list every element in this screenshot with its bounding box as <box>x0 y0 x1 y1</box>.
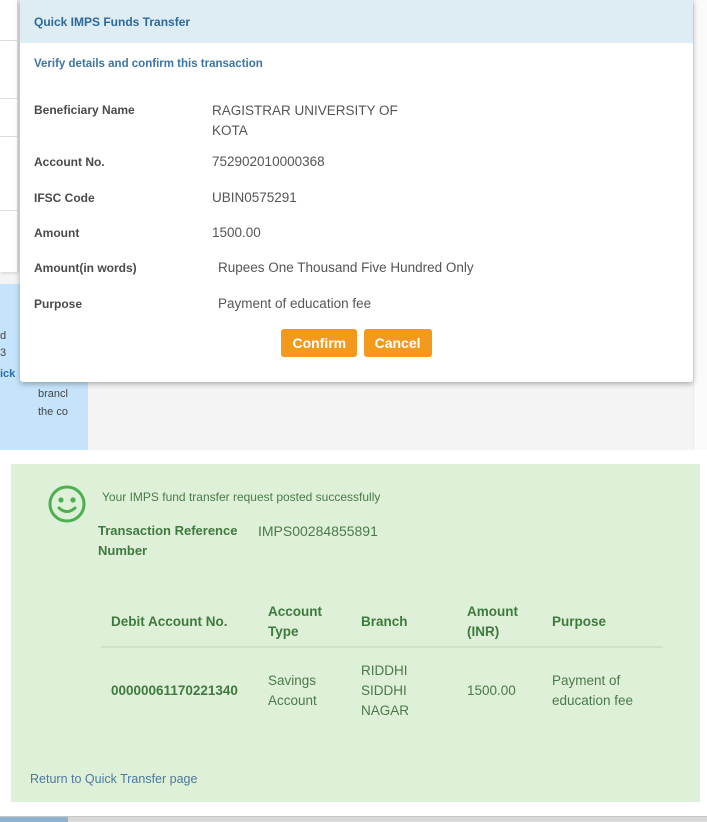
background-text: brancl <box>38 388 68 400</box>
background-link: ick <box>0 368 15 380</box>
txn-ref-value: IMPS00284855891 <box>258 523 378 539</box>
cancel-button[interactable]: Cancel <box>364 329 432 357</box>
txn-ref-label: Transaction Reference Number <box>98 521 238 561</box>
background-card <box>0 0 18 272</box>
table-header-row: Debit Account No. Account Type Branch Am… <box>101 597 663 647</box>
background-text: 3 <box>0 347 6 359</box>
background-text: d <box>0 330 6 342</box>
cell-purpose: Payment of education fee <box>542 647 663 733</box>
dialog-actions: Confirm Cancel <box>20 329 693 357</box>
scrollbar-track <box>693 0 707 450</box>
col-account-type: Account Type <box>258 597 351 647</box>
bottom-bar <box>0 816 707 822</box>
dialog-subtitle: Verify details and confirm this transact… <box>20 43 693 83</box>
transaction-table: Debit Account No. Account Type Branch Am… <box>101 597 663 733</box>
col-debit-account: Debit Account No. <box>101 597 258 647</box>
success-panel: Your IMPS fund transfer request posted s… <box>11 464 700 802</box>
dialog-title: Quick IMPS Funds Transfer <box>20 0 693 43</box>
smiley-icon <box>47 484 87 524</box>
col-branch: Branch <box>351 597 457 647</box>
cell-amount: 1500.00 <box>457 647 542 733</box>
cell-debit-account: 00000061170221340 <box>101 647 258 733</box>
cell-branch: RIDDHI SIDDHI NAGAR <box>351 647 457 733</box>
success-message: Your IMPS fund transfer request posted s… <box>102 490 380 504</box>
background-text: the co <box>38 406 68 418</box>
confirm-button[interactable]: Confirm <box>281 329 357 357</box>
table-row: 00000061170221340 Savings Account RIDDHI… <box>101 647 663 733</box>
return-link[interactable]: Return to Quick Transfer page <box>30 772 197 786</box>
confirm-dialog: Quick IMPS Funds Transfer Verify details… <box>20 0 693 382</box>
success-screen: Your IMPS fund transfer request posted s… <box>0 457 707 822</box>
confirm-screen: d 3 ick brancl the co Quick IMPS Funds T… <box>0 0 707 450</box>
col-purpose: Purpose <box>542 597 663 647</box>
cell-account-type: Savings Account <box>258 647 351 733</box>
col-amount: Amount (INR) <box>457 597 542 647</box>
